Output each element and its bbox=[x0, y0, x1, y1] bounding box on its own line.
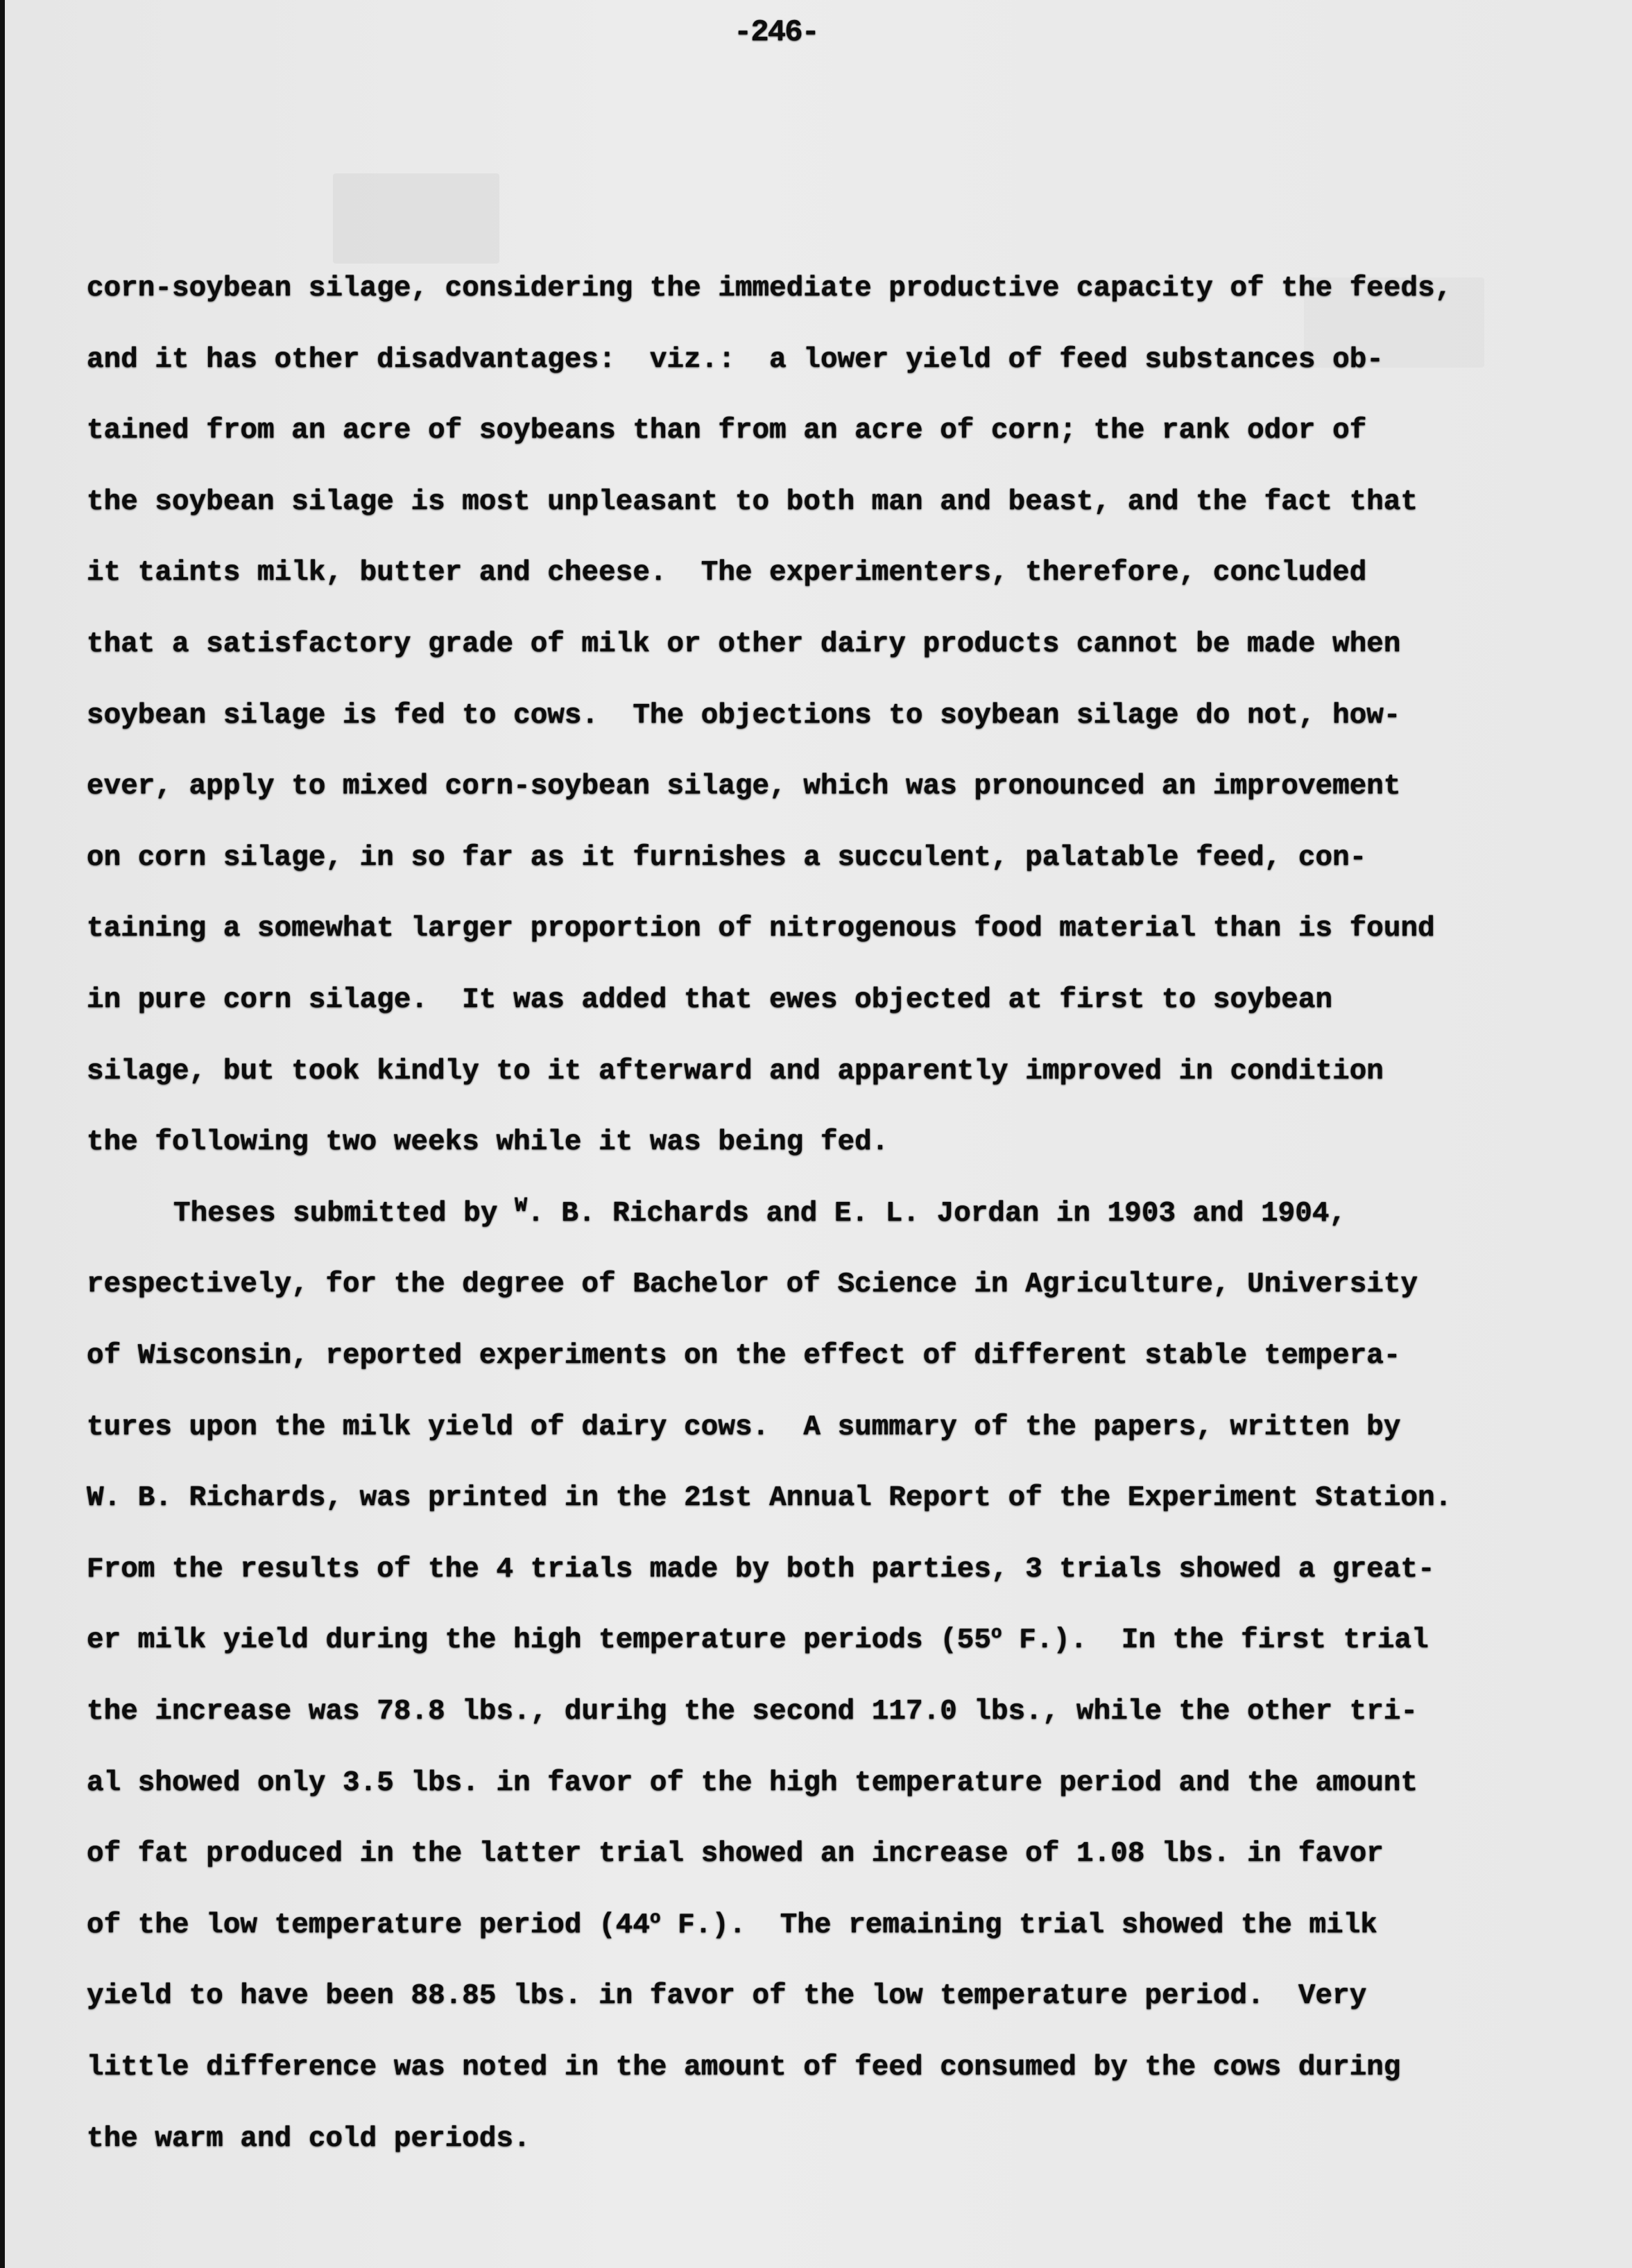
bleed-through-mark bbox=[333, 173, 499, 264]
text-line: ever, apply to mixed corn-soybean silage… bbox=[87, 766, 1401, 807]
text-line: silage, but took kindly to it afterward … bbox=[87, 1051, 1384, 1092]
text-run: F.). The remaining trial showed the milk bbox=[661, 1909, 1377, 1941]
text-line: the following two weeks while it was bei… bbox=[87, 1122, 888, 1163]
text-run: Theses submitted by bbox=[173, 1198, 515, 1230]
text-line: the increase was 78.8 lbs., durihg the s… bbox=[87, 1691, 1418, 1733]
text-line: corn-soybean silage, considering the imm… bbox=[87, 268, 1452, 309]
text-line: the warm and cold periods. bbox=[87, 2118, 531, 2160]
text-line: Theses submitted by W. B. Richards and E… bbox=[173, 1193, 1346, 1235]
text-line: W. B. Richards, was printed in the 21st … bbox=[87, 1477, 1452, 1519]
text-line: respectively, for the degree of Bachelor… bbox=[87, 1264, 1418, 1305]
text-line: soybean silage is fed to cows. The objec… bbox=[87, 695, 1401, 737]
text-run: of the low temperature period (44 bbox=[87, 1909, 650, 1941]
text-line: tained from an acre of soybeans than fro… bbox=[87, 410, 1366, 452]
text-line: From the results of the 4 trials made by… bbox=[87, 1549, 1435, 1590]
text-line: the soybean silage is most unpleasant to… bbox=[87, 481, 1418, 523]
text-run: er milk yield during the high temperatur… bbox=[87, 1624, 991, 1656]
text-line: on corn silage, in so far as it furnishe… bbox=[87, 837, 1366, 879]
text-line: of Wisconsin, reported experiments on th… bbox=[87, 1335, 1401, 1377]
raised-initial: W bbox=[515, 1194, 527, 1218]
text-line: and it has other disadvantages: viz.: a … bbox=[87, 339, 1384, 381]
document-page: -246- corn-soybean silage, considering t… bbox=[0, 0, 1632, 2268]
scan-left-border bbox=[0, 0, 5, 2268]
text-line: that a satisfactory grade of milk or oth… bbox=[87, 624, 1401, 665]
text-line: in pure corn silage. It was added that e… bbox=[87, 979, 1332, 1021]
text-line: yield to have been 88.85 lbs. in favor o… bbox=[87, 1975, 1366, 2017]
text-line: taining a somewhat larger proportion of … bbox=[87, 908, 1435, 950]
text-line: tures upon the milk yield of dairy cows.… bbox=[87, 1407, 1401, 1448]
text-line: little difference was noted in the amoun… bbox=[87, 2047, 1401, 2088]
text-line: al showed only 3.5 lbs. in favor of the … bbox=[87, 1762, 1418, 1804]
text-line: of the low temperature period (44o F.). … bbox=[87, 1905, 1377, 1946]
text-run: . B. Richards and E. L. Jordan in 1903 a… bbox=[527, 1198, 1346, 1230]
degree-mark: o bbox=[650, 1907, 661, 1928]
text-line: of fat produced in the latter trial show… bbox=[87, 1833, 1384, 1875]
page-number: -246- bbox=[734, 15, 818, 50]
degree-mark: o bbox=[991, 1622, 1002, 1643]
text-line: er milk yield during the high temperatur… bbox=[87, 1620, 1429, 1661]
text-run: F.). In the first trial bbox=[1002, 1624, 1429, 1656]
text-line: it taints milk, butter and cheese. The e… bbox=[87, 552, 1366, 594]
